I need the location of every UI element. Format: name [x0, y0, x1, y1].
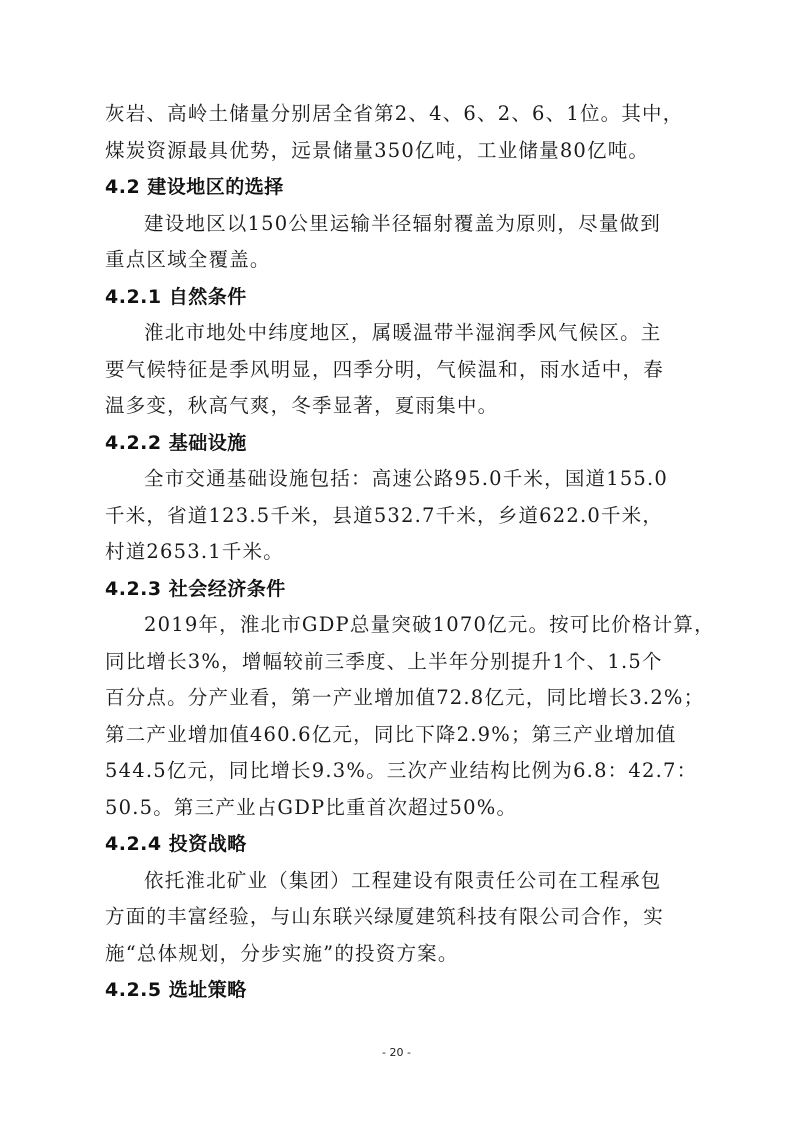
text-line: 百分点。分产业看，第一产业增加值72.8亿元，同比增长3.2%；	[105, 680, 690, 717]
paragraph-4-2-4: 依托淮北矿业（集团）工程建设有限责任公司在工程承包 方面的丰富经验，与山东联兴绿…	[105, 863, 690, 973]
text-line: 2019年，淮北市GDP总量突破1070亿元。按可比价格计算，	[105, 607, 690, 644]
text-line: 村道2653.1千米。	[105, 534, 690, 571]
paragraph-4-2-1: 淮北市地处中纬度地区，属暖温带半湿润季风气候区。主 要气候特征是季风明显，四季分…	[105, 315, 690, 425]
section-heading-4-2-5: 4.2.5 选址策略	[105, 972, 690, 1009]
paragraph-4-2-2: 全市交通基础设施包括：高速公路95.0千米，国道155.0 千米，省道123.5…	[105, 461, 690, 571]
paragraph-4-2: 建设地区以150公里运输半径辐射覆盖为原则，尽量做到 重点区域全覆盖。	[105, 206, 690, 279]
text-line: 施“总体规划，分步实施”的投资方案。	[105, 936, 690, 973]
section-heading-4-2-3: 4.2.3 社会经济条件	[105, 571, 690, 608]
text-line: 方面的丰富经验，与山东联兴绿厦建筑科技有限公司合作，实	[105, 899, 690, 936]
text-line: 要气候特征是季风明显，四季分明，气候温和，雨水适中，春	[105, 352, 690, 389]
text-line: 灰岩、高岭土储量分别居全省第2、4、6、2、6、1位。其中，	[105, 96, 690, 133]
section-heading-4-2-2: 4.2.2 基础设施	[105, 425, 690, 462]
section-heading-4-2-1: 4.2.1 自然条件	[105, 279, 690, 316]
section-heading-4-2: 4.2 建设地区的选择	[105, 169, 690, 206]
section-heading-4-2-4: 4.2.4 投资战略	[105, 826, 690, 863]
text-line: 建设地区以150公里运输半径辐射覆盖为原则，尽量做到	[105, 206, 690, 243]
text-line: 重点区域全覆盖。	[105, 242, 690, 279]
paragraph-4-2-3: 2019年，淮北市GDP总量突破1070亿元。按可比价格计算， 同比增长3%，增…	[105, 607, 690, 826]
text-line: 50.5。第三产业占GDP比重首次超过50%。	[105, 790, 690, 827]
text-line: 温多变，秋高气爽，冬季显著，夏雨集中。	[105, 388, 690, 425]
text-line: 依托淮北矿业（集团）工程建设有限责任公司在工程承包	[105, 863, 690, 900]
page-number: - 20 -	[0, 1046, 793, 1059]
text-line: 煤炭资源最具优势，远景储量350亿吨，工业储量80亿吨。	[105, 133, 690, 170]
text-line: 同比增长3%，增幅较前三季度、上半年分别提升1个、1.5个	[105, 644, 690, 681]
text-line: 千米，省道123.5千米，县道532.7千米，乡道622.0千米，	[105, 498, 690, 535]
text-line: 淮北市地处中纬度地区，属暖温带半湿润季风气候区。主	[105, 315, 690, 352]
continuation-paragraph: 灰岩、高岭土储量分别居全省第2、4、6、2、6、1位。其中， 煤炭资源最具优势，…	[105, 96, 690, 169]
text-line: 544.5亿元，同比增长9.3%。三次产业结构比例为6.8：42.7：	[105, 753, 690, 790]
text-line: 全市交通基础设施包括：高速公路95.0千米，国道155.0	[105, 461, 690, 498]
text-line: 第二产业增加值460.6亿元，同比下降2.9%；第三产业增加值	[105, 717, 690, 754]
document-page: 灰岩、高岭土储量分别居全省第2、4、6、2、6、1位。其中， 煤炭资源最具优势，…	[105, 96, 690, 1009]
